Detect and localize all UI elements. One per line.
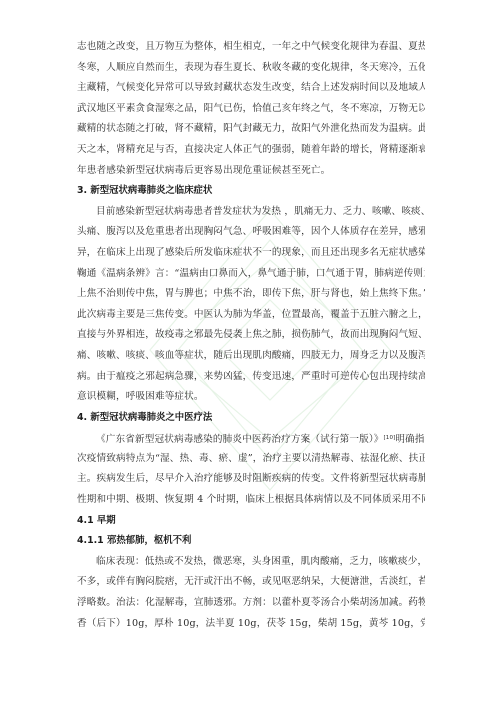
text-line: 目前感染新型冠状病毒患者普发症状为发热 ，肌痛无力、乏力、咳嗽、咳痰、咳血、: [77, 202, 425, 223]
text-line: 头痛、腹泻以及危重患者出现胸闷气急、呼吸困难等，因个人体质存在差异，感邪程度存差: [77, 222, 425, 243]
text-line: 直接与外界相连，故疫毒之邪最先侵袭上焦之肺，损伤肺气，故而出现胸闷气短、喘憋、咽: [77, 325, 425, 346]
text-line: 《广东省新型冠状病毒感染的肺炎中医药治疗方案（试行第一版）》[10]明确指出，此: [77, 428, 425, 449]
citation-ref[interactable]: [10]: [384, 435, 396, 441]
section-heading-tcm-therapy: 4. 新型冠状病毒肺炎之中医疗法: [77, 408, 425, 429]
section-heading-early-stage: 4.1 早期: [77, 511, 425, 532]
text-line: 鞠通《温病条辨》言：“温病由口鼻而入，鼻气通于肺，口气通于胃，肺病逆传则为心包，: [77, 264, 425, 285]
text-line: 意识模糊，呼吸困难等症状。: [77, 387, 425, 408]
text-line: 此次病毒主要是三焦传变。中医认为肺为华盖，位置最高，覆盖于五脏六腑之上，通过口鼻: [77, 305, 425, 326]
text-line: 藏精的状态随之打破，肾不藏精，阳气封藏无力，故阳气外泄化热而发为温病。此外肾为先: [77, 119, 425, 140]
text-span: 《广东省新型冠状病毒感染的肺炎中医药治疗方案（试行第一版）》: [96, 434, 384, 445]
text-line: 性期和中期、极期、恢复期 4 个时期，临床上根据具体病情以及不同体质采用不同的治…: [77, 490, 425, 511]
text-line: 上焦不治则传中焦，胃与脾也；中焦不治，即传下焦，肝与肾也，始上焦终下焦。”揭示了: [77, 284, 425, 305]
text-span: 明确指出，此: [395, 434, 425, 445]
text-line: 痛、咳嗽、咳痰、咳血等症状，随后出现肌肉酸痛，四肢无力，周身乏力以及腹泻等脾系疾: [77, 346, 425, 367]
text-line: 志也随之改变，且万物互为整体，相生相克，一年之中气候变化规律为春温、夏热、秋凉、: [77, 37, 425, 58]
section-heading-clinical-symptoms: 3. 新型冠状病毒肺炎之临床症状: [77, 181, 425, 202]
text-line: 异，在临床上出现了感染后所发临床症状不一的现象，而且还出现多名无症状感染患者。吴: [77, 243, 425, 264]
text-line: 浮略数。治法：化湿解毒，宣肺透邪。方剂：以藿朴夏苓汤合小柴胡汤加减。药物组成：藿: [77, 593, 425, 614]
paragraph-seasonal-kidney: 志也随之改变，且万物互为整体，相生相克，一年之中气候变化规律为春温、夏热、秋凉、…: [77, 37, 425, 181]
text-line: 年患者感染新型冠状病毒后更容易出现危重证候甚至死亡。: [77, 161, 425, 182]
text-line: 冬寒，人顺应自然而生，表现为春生夏长、秋收冬藏的变化规律，冬天寒冷，五化主藏，肾: [77, 58, 425, 79]
text-line: 主藏精，气候变化异常可以导致封藏状态发生改变，结合上述发病时间以及地域人群特征，: [77, 78, 425, 99]
text-line: 病。由于瘟疫之邪起病急骤，来势凶猛，传变迅速，严重时可逆传心包出现持续高热，昏迷…: [77, 367, 425, 388]
paragraph-early-stage-treatment: 临床表现：低热或不发热，微恶寒，头身困重，肌肉酸痛，乏力，咳嗽痰少，口干饮水 不…: [77, 552, 425, 634]
text-line: 香（后下）10g，厚朴 10g，法半夏 10g，茯苓 15g，柴胡 15g，黄芩…: [77, 614, 425, 635]
text-line: 临床表现：低热或不发热，微恶寒，头身困重，肌肉酸痛，乏力，咳嗽痰少，口干饮水: [77, 552, 425, 573]
text-line: 天之本，肾精充足与否，直接决定人体正气的强弱，随着年龄的增长，肾精逐渐衰退，故老: [77, 140, 425, 161]
document-page: 志也随之改变，且万物互为整体，相生相克，一年之中气候变化规律为春温、夏热、秋凉、…: [0, 0, 500, 711]
paragraph-tcm-therapy: 《广东省新型冠状病毒感染的肺炎中医药治疗方案（试行第一版）》[10]明确指出，此…: [77, 428, 425, 510]
paragraph-clinical-symptoms: 目前感染新型冠状病毒患者普发症状为发热 ，肌痛无力、乏力、咳嗽、咳痰、咳血、 头…: [77, 202, 425, 408]
text-line: 主。疾病发生后，尽早介入治疗能够及时阻断疾病的传变。文件将新型冠状病毒肺炎分为急: [77, 469, 425, 490]
text-line: 武汉地区平素贪食湿寒之品，阳气已伤，恰值己亥年终之气，冬不寒凉，万物无以为藏，肾: [77, 99, 425, 120]
document-body: 志也随之改变，且万物互为整体，相生相克，一年之中气候变化规律为春温、夏热、秋凉、…: [77, 37, 425, 634]
text-line: 次疫情致病特点为“湿、热、毒、瘀、虚”，治疗主要以清热解毒、祛湿化瘀、扶正固本为: [77, 449, 425, 470]
section-heading-pathogenic-heat: 4.1.1 邪热郁肺，枢机不利: [77, 531, 425, 552]
text-line: 不多，或伴有胸闷脘痞，无汗或汗出不畅，或见呕恶纳呆，大便溏泄，舌淡红，苔白腻，脉: [77, 572, 425, 593]
